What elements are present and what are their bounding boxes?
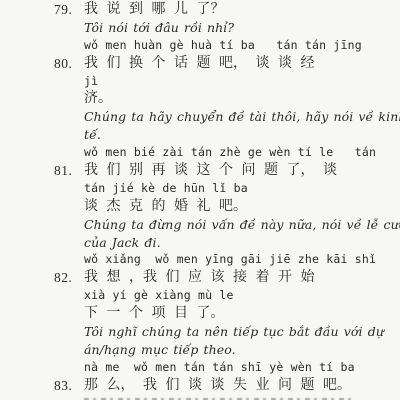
vietnamese-translation-line: Tôi nói tới đâu rồi nhỉ? [84, 19, 386, 37]
chinese-sentence-line: 80.我 们 换 个 话 题 吧， 谈 谈 经 [84, 55, 386, 73]
vietnamese-text: Chúng ta đừng nói vấn đề này nữa, nói về… [84, 217, 400, 232]
pinyin-line: wǒ men huàn gè huà tí ba tán tán jīng [84, 37, 386, 55]
pinyin-line: nà me wǒ men tán tán shī yè wèn tí ba [84, 359, 386, 377]
pinyin-line: xià yí gè xiàng mù le [84, 287, 386, 305]
vietnamese-text: Tôi nói tới đâu rồi nhỉ? [84, 20, 234, 35]
pinyin-line: tán jié kè de hūn lǐ ba [84, 180, 386, 198]
chinese-text: 下 一 个 项 目 了。 [84, 306, 225, 321]
chinese-sentence-line: 下 一 个 项 目 了。 [84, 305, 386, 323]
pinyin-line: wǒ xiǎng wǒ men yīng gāi jiē zhe kāi shǐ [84, 251, 386, 269]
entry-number: 79. [54, 1, 72, 19]
entry-number: 81. [54, 162, 72, 180]
pinyin-text: tán jié kè de hūn lǐ ba [84, 181, 248, 195]
chinese-text: 济。 [84, 91, 112, 106]
pinyin-text: xià yí gè xiàng mù le [84, 288, 234, 302]
pinyin-text: wǒ xiǎng wǒ men yīng gāi jiē zhe kāi shǐ [84, 252, 376, 266]
vietnamese-translation-line: Chúng ta hãy chuyển đề tài thôi, hãy nói… [84, 108, 386, 126]
chinese-sentence-line: 81.我 们 别 再 谈 这 个 问 题 了， 谈 [84, 162, 386, 180]
entry-number: 83. [54, 377, 72, 395]
chinese-text: 那 么， 我 们 谈 谈 失 业 问 题 吧。 [84, 378, 351, 393]
vietnamese-text: của Jack đi. [84, 235, 161, 250]
chinese-text: 我 们 别 再 谈 这 个 问 题 了， 谈 [84, 163, 337, 178]
vietnamese-translation-line: án/hạng mục tiếp theo. [84, 341, 386, 359]
vietnamese-text: Chúng ta hãy chuyển đề tài thôi, hãy nói… [84, 109, 400, 124]
vietnamese-text: tế. [84, 127, 101, 142]
pinyin-line: jì [84, 73, 386, 91]
pinyin-text: jì [84, 74, 98, 88]
scanned-book-page: 79.我 说 到 哪 儿 了？ Tôi nói tới đâu rồi nhỉ?… [0, 0, 400, 400]
chinese-text: 我 们 换 个 话 题 吧， 谈 谈 经 [84, 56, 315, 71]
vietnamese-text: án/hạng mục tiếp theo. [84, 342, 236, 357]
pinyin-text: wǒ men bié zài tán zhè ge wèn tí le tán [84, 145, 376, 159]
pinyin-text: nà me wǒ men tán tán shī yè wèn tí ba [84, 360, 355, 374]
chinese-sentence-line: 83.那 么， 我 们 谈 谈 失 业 问 题 吧。 [84, 377, 386, 395]
chinese-text: 谈 杰 克 的 婚 礼 吧。 [84, 199, 247, 214]
pinyin-text: wǒ men huàn gè huà tí ba tán tán jīng [84, 38, 362, 52]
pinyin-line: wǒ men bié zài tán zhè ge wèn tí le tán [84, 144, 386, 162]
chinese-text: 我 想 ，我 们 应 该 接 着 开 始 [84, 270, 315, 285]
vietnamese-translation-line: tế. [84, 126, 386, 144]
entry-number: 80. [54, 55, 72, 73]
chinese-sentence-line: 济。 [84, 90, 386, 108]
chinese-text: 我 说 到 哪 儿 了？ [84, 2, 225, 17]
chinese-sentence-line: 82.我 想 ，我 们 应 该 接 着 开 始 [84, 269, 386, 287]
vietnamese-translation-line: Chúng ta đừng nói vấn đề này nữa, nói về… [84, 216, 386, 234]
chinese-sentence-line: 79.我 说 到 哪 儿 了？ [84, 1, 386, 19]
vietnamese-translation-line: của Jack đi. [84, 234, 386, 252]
chinese-sentence-line: 谈 杰 克 的 婚 礼 吧。 [84, 198, 386, 216]
text-block: 79.我 说 到 哪 儿 了？ Tôi nói tới đâu rồi nhỉ?… [84, 1, 386, 400]
vietnamese-translation-line: Tôi nghĩ chúng ta nên tiếp tục bắt đầu v… [84, 323, 386, 341]
entry-number: 82. [54, 269, 72, 287]
vietnamese-text: Tôi nghĩ chúng ta nên tiếp tục bắt đầu v… [84, 324, 384, 339]
